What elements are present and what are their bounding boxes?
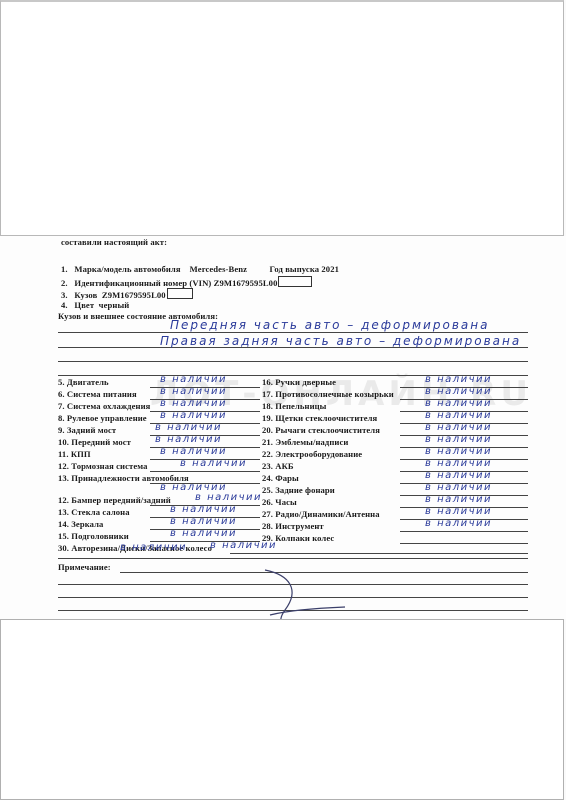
intro-text: составили настоящий акт: [61, 237, 167, 247]
note-line [58, 332, 528, 333]
color-value: черный [99, 300, 130, 310]
body-number-value: Z9M1679595L00 [102, 290, 166, 300]
checklist-item-value: в наличии [425, 422, 492, 433]
checklist-item-value: в наличии [170, 516, 237, 527]
checklist-item-label: 9. Задний мост [58, 425, 116, 435]
checklist-item-value: в наличии [425, 386, 492, 397]
checklist-item-value: в наличии [195, 492, 262, 503]
checklist-item-value: в наличии [425, 494, 492, 505]
checklist-item-label: 18. Пепельницы [262, 401, 327, 411]
checklist-item-value: в наличии [425, 470, 492, 481]
field-body-number: 3. Кузов Z9M1679595L00 [61, 288, 193, 300]
checklist-item-value: в наличии [160, 446, 227, 457]
checklist-item-value: в наличии [425, 446, 492, 457]
fill-line [400, 543, 528, 544]
checklist-item-label: 29. Колпаки колес [262, 533, 334, 543]
checklist-item-label: 28. Инструмент [262, 521, 324, 531]
checklist-item-label: 15. Подголовники [58, 531, 129, 541]
checklist-item-label: 27. Радио/Динамики/Антенна [262, 509, 380, 519]
checklist-item-label: 20. Рычаги стеклоочистителя [262, 425, 380, 435]
body-note-1: Передняя часть авто – деформирована [170, 318, 489, 332]
checklist-item-value: в наличии [120, 542, 187, 553]
checklist-item-label: 22. Электрооборудование [262, 449, 362, 459]
checklist-item-label: 11. КПП [58, 449, 91, 459]
checklist-item-label: 26. Часы [262, 497, 297, 507]
checklist-item-label: 7. Система охлаждения [58, 401, 150, 411]
fill-line [400, 531, 528, 532]
fill-line [230, 553, 528, 554]
checklist-item-value: в наличии [425, 434, 492, 445]
field-make-model: 1. Марка/модель автомобиля Mercedes-Benz… [61, 264, 339, 274]
checklist-item-value: в наличии [170, 504, 237, 515]
checklist-item-label: 6. Система питания [58, 389, 137, 399]
checklist-item-label: 19. Щетки стеклоочистителя [262, 413, 377, 423]
checklist-item-value: в наличии [425, 374, 492, 385]
checklist-item-label: 12. Тормозная система [58, 461, 148, 471]
year-value: 2021 [321, 264, 339, 274]
checklist-item-value: в наличии [160, 386, 227, 397]
checklist-item-label: 13. Стекла салона [58, 507, 130, 517]
checklist-item-label: 14. Зеркала [58, 519, 103, 529]
checklist-item-label: 16. Ручки дверные [262, 377, 336, 387]
body-note-2: Правая задняя часть авто – деформирована [160, 334, 521, 348]
checklist-item-value: в наличии [425, 506, 492, 517]
inspection-act-sheet: ЛОТ-ОНЛАЙН.RU составили настоящий акт: 1… [0, 236, 566, 619]
checklist-item-label: 5. Двигатель [58, 377, 109, 387]
blank-page-top [0, 0, 564, 236]
checklist-item-label: 12. Бампер передний/задний [58, 495, 171, 505]
checklist-item-label: 23. АКБ [262, 461, 294, 471]
checklist-item-value: в наличии [170, 528, 237, 539]
checklist-item-value: в наличии [155, 434, 222, 445]
note-label: Примечание: [58, 562, 111, 572]
fill-line [150, 471, 260, 472]
checklist-item-value: в наличии [425, 518, 492, 529]
blank-page-bottom [0, 619, 564, 800]
vin-value: Z9M1679595L00 [214, 278, 278, 288]
checklist-item-value: в наличии [160, 398, 227, 409]
checklist-item-label: 24. Фары [262, 473, 299, 483]
checklist-item-value: в наличии [425, 398, 492, 409]
checklist-item-value: в наличии [425, 410, 492, 421]
checklist-item-label: 17. Противосолнечные козырьки [262, 389, 394, 399]
body-redacted-box [167, 288, 193, 299]
checklist-item-label: 8. Рулевое управление [58, 413, 147, 423]
checklist-item-value: в наличии [155, 422, 222, 433]
checklist-item-value: в наличии [425, 482, 492, 493]
checklist-item-value: в наличии [425, 458, 492, 469]
divider-line [58, 558, 528, 559]
vin-redacted-box [278, 276, 312, 287]
make-model-value: Mercedes-Benz [190, 264, 247, 274]
checklist-item-value: в наличии [160, 410, 227, 421]
checklist-item-value: в наличии [180, 458, 247, 469]
checklist-item-label: 10. Передний мост [58, 437, 131, 447]
checklist-item-label: 21. Эмблемы/надписи [262, 437, 348, 447]
checklist-item-value: в наличии [160, 374, 227, 385]
note-line [58, 361, 528, 362]
field-color: 4. Цвет черный [61, 300, 129, 310]
field-vin: 2. Идентификационный номер (VIN) Z9M1679… [61, 276, 312, 288]
checklist-item-label: 25. Задние фонари [262, 485, 335, 495]
